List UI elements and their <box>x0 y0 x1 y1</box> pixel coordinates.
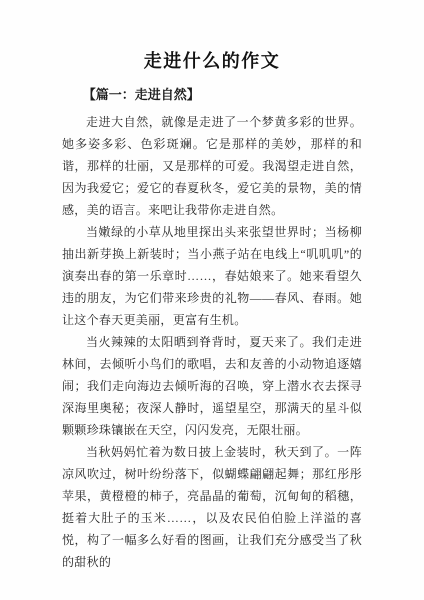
section-heading: 【篇一：走进自然】 <box>62 84 362 106</box>
document-page: 走进什么的作文 【篇一：走进自然】 走进大自然，就像是走进了一个梦黄多彩的世界。… <box>0 0 424 600</box>
essay-body: 走进大自然，就像是走进了一个梦黄多彩的世界。她多姿多彩、色彩斑斓。它是那样的美妙… <box>62 111 362 573</box>
document-title: 走进什么的作文 <box>62 0 362 73</box>
paragraph-intro: 走进大自然，就像是走进了一个梦黄多彩的世界。她多姿多彩、色彩斑斓。它是那样的美妙… <box>62 111 362 221</box>
paragraph-autumn: 当秋妈妈忙着为数日披上金装时，秋天到了。一阵凉风吹过，树叶纷纷落下，似蝴蝶翩翩起… <box>62 441 362 573</box>
document-content: 走进什么的作文 【篇一：走进自然】 走进大自然，就像是走进了一个梦黄多彩的世界。… <box>0 0 424 573</box>
paragraph-summer: 当火辣辣的太阳晒到脊背时，夏天来了。我们走进林间，去倾听小鸟们的歌唱，去和友善的… <box>62 331 362 441</box>
paragraph-spring: 当嫩绿的小草从地里探出头来张望世界时；当杨柳抽出新芽换上新装时；当小燕子站在电线… <box>62 221 362 331</box>
